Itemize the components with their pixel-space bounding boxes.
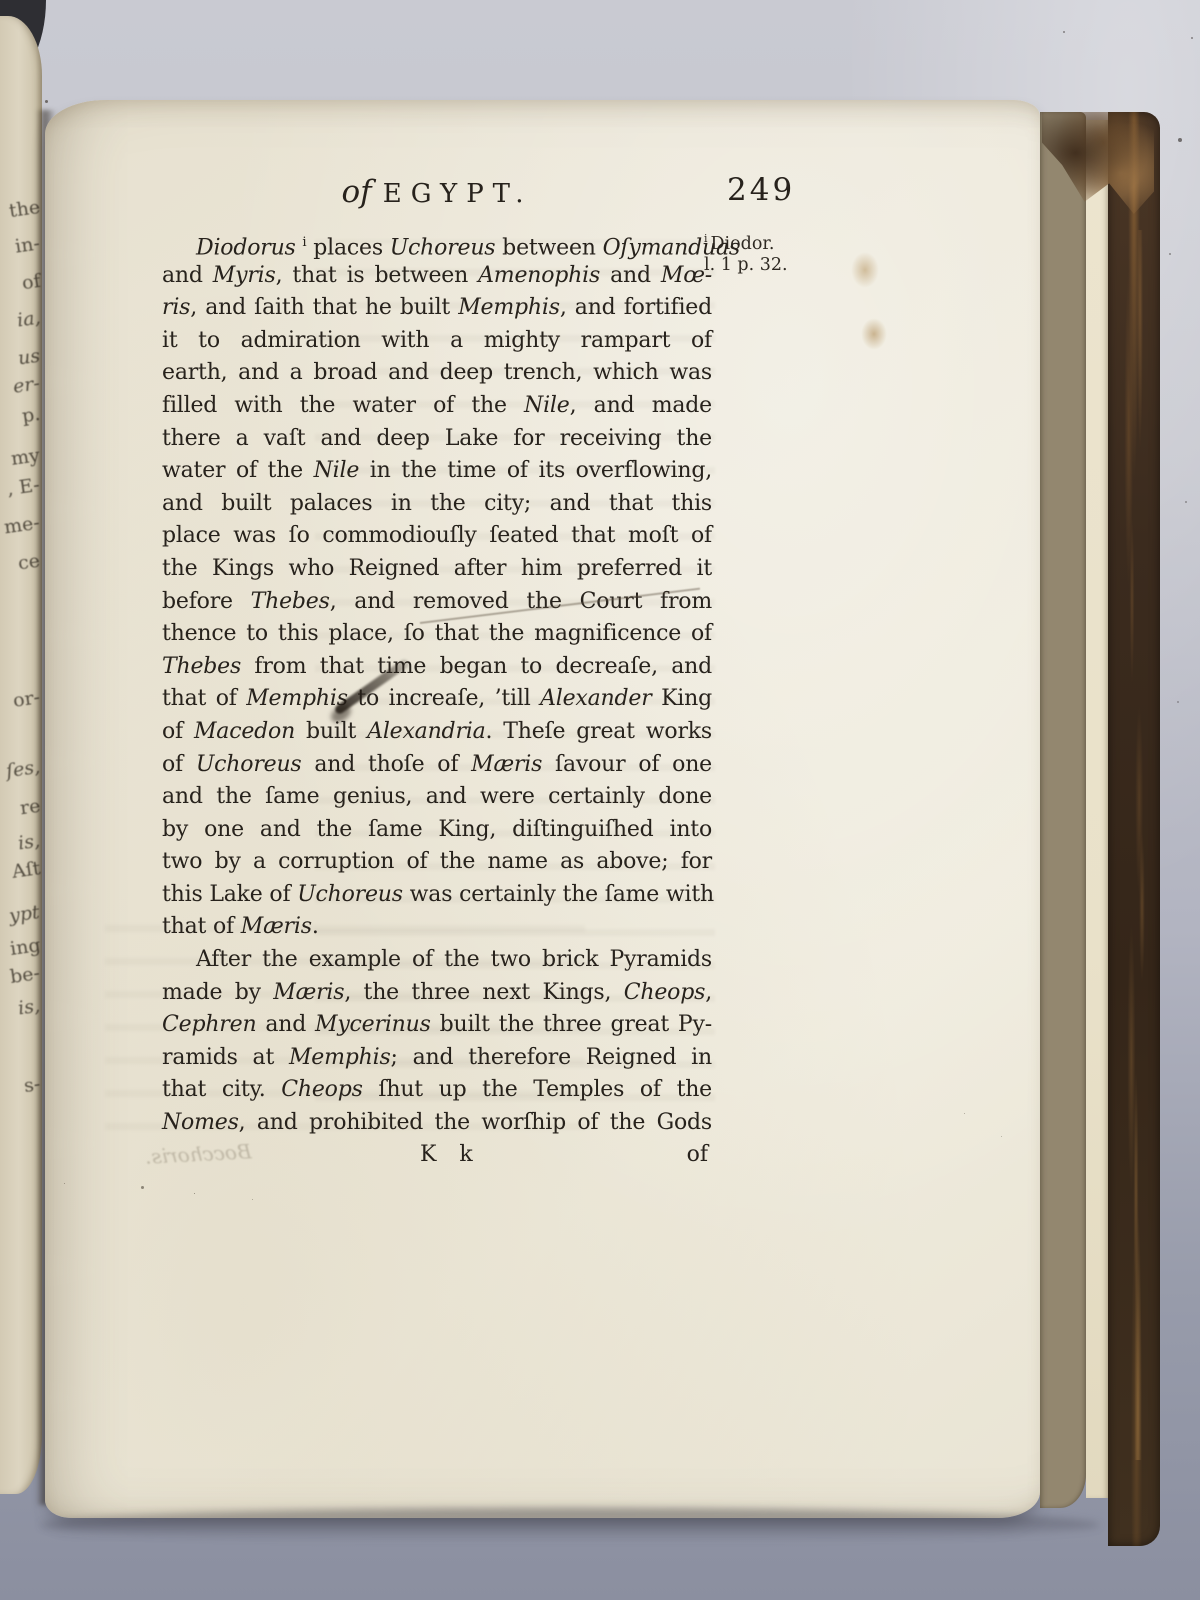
text-line: this Lake of Uchoreus was certainly the … [162,879,712,912]
fore-edge-page-stack [1040,112,1086,1508]
book-page: of EGYPT. 249 iDiodor. l. 1 p. 32. Diodo… [45,100,1040,1518]
text-line: that of Mæris. [162,911,712,944]
running-header: of EGYPT. [162,174,712,210]
paper-specks [45,100,48,103]
foxing-spot [861,318,887,350]
text-line: Thebes from that time began to decreaſe,… [162,651,712,684]
cover-rust-marks [1116,230,1156,1460]
page-content: of EGYPT. 249 iDiodor. l. 1 p. 32. Diodo… [45,100,1040,1518]
signature-mark: K k [420,1138,481,1171]
body-text: Diodorus i places Uchoreus between Oſyma… [162,227,712,1140]
text-line: ramids at Memphis; and therefore Reigned… [162,1042,712,1075]
text-line: that of Memphis to increaſe, ’till Alexa… [162,683,712,716]
header-title: EGYPT. [383,179,533,209]
text-line: earth, and a broad and deep trench, whic… [162,357,712,390]
page-number: 249 [727,172,795,208]
text-line: before Thebes, and removed the Court fro… [162,586,712,619]
text-line: the Kings who Reigned after him preferre… [162,553,712,586]
text-line: Nomes, and prohibited the worſhip of the… [162,1107,712,1140]
text-line: Cephren and Mycerinus built the three gr… [162,1009,712,1042]
text-line: made by Mæris, the three next Kings, Che… [162,977,712,1010]
text-line: of Uchoreus and thoſe of Mæris ſavour of… [162,749,712,782]
text-line: by one and the ſame King, diſtinguiſhed … [162,814,712,847]
text-line: After the example of the two brick Pyram… [162,944,712,977]
foxing-spot [851,252,879,288]
text-line: two by a corruption of the name as above… [162,846,712,879]
text-line: ris, and ſaith that he built Memphis, an… [162,292,712,325]
header-of: of [342,174,372,210]
text-line: water of the Nile in the time of its ove… [162,455,712,488]
book-shadow [40,1508,1100,1542]
text-line: and built palaces in the city; and that … [162,488,712,521]
text-line: place was ſo commodiouſly ſeated that mo… [162,520,712,553]
text-line: of Macedon built Alexandria. Theſe great… [162,716,712,749]
text-line: Diodorus i places Uchoreus between Oſyma… [162,227,712,260]
text-line: it to admiration with a mighty rampart o… [162,325,712,358]
text-line: and the ſame genius, and were certainly … [162,781,712,814]
text-line: that city. Cheops ſhut up the Temples of… [162,1074,712,1107]
book-photo: { "header": { "title_of": "of", "title_c… [0,0,1200,1600]
catchword: of [687,1138,708,1171]
text-line: there a vaſt and deep Lake for receiving… [162,423,712,456]
text-line: and Myris, that is between Amenophis and… [162,260,712,293]
endpaper-strip [1086,120,1108,1498]
text-line: filled with the water of the Nile, and m… [162,390,712,423]
text-line: thence to this place, ſo that the magnif… [162,618,712,651]
